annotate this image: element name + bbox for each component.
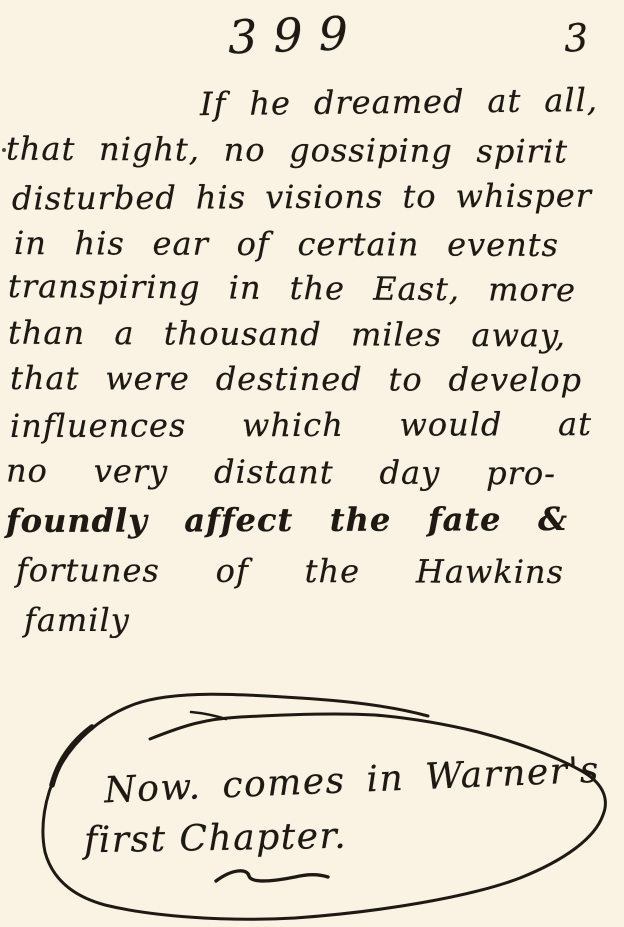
manuscript-page: 399 3 If he dreamed at all, that night, … — [0, 0, 624, 927]
manuscript-line: transpiring in the East, more — [8, 268, 576, 309]
folio-number: 3 — [563, 15, 589, 60]
manuscript-line: in his ear of certain events — [14, 225, 559, 264]
manuscript-line: disturbed his visions to whisper — [12, 177, 592, 217]
chapter-underline-flourish — [216, 871, 328, 881]
manuscript-line: than a thousand miles away, — [8, 315, 566, 355]
note-pointer-fork-stroke — [191, 712, 226, 719]
circled-note-line: Now. comes in Warner's — [103, 750, 600, 812]
manuscript-line: influences which would at — [10, 406, 592, 445]
note-circle-thick-arc — [52, 727, 92, 785]
manuscript-line: that were destined to develop — [10, 360, 582, 399]
manuscript-line: foundly affect the fate & — [6, 501, 568, 540]
manuscript-line: family — [24, 602, 130, 639]
circled-note-line: first Chapter. — [84, 816, 348, 862]
manuscript-line: fortunes of the Hawkins — [16, 552, 564, 591]
manuscript-line: that night, no gossiping spirit — [6, 131, 568, 171]
manuscript-line: If he dreamed at all, — [200, 82, 598, 123]
page-number: 399 — [227, 6, 365, 65]
manuscript-line: no very distant day pro- — [6, 453, 556, 493]
